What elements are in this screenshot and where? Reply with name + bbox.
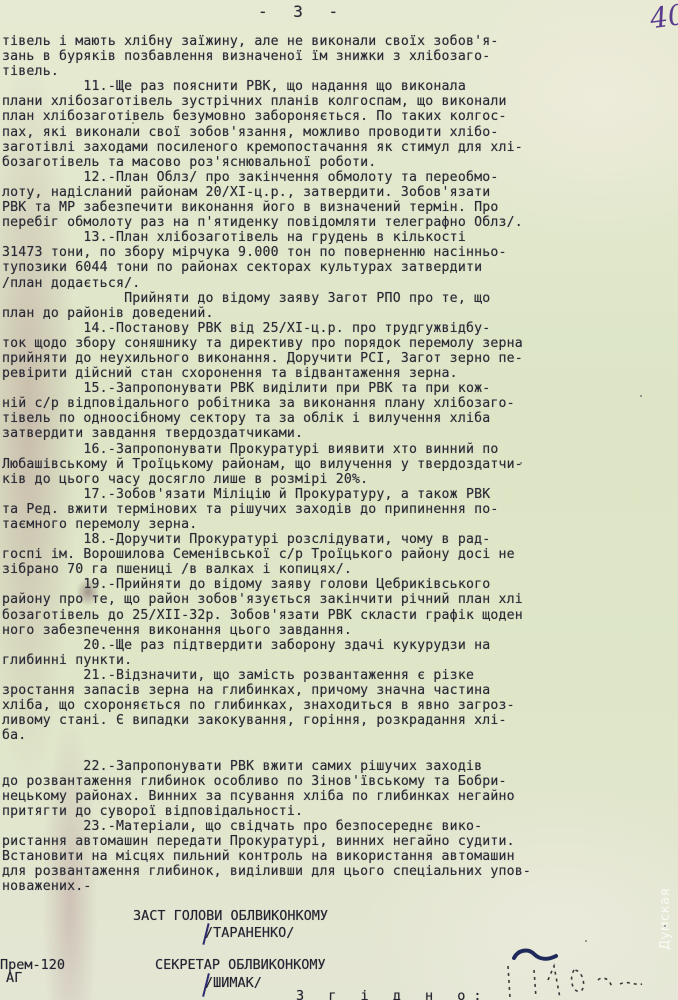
document-line: 18.-Доручити Прокуратурі розслідувати, ч… — [2, 532, 531, 547]
document-line: 14.-Постанову РВК від 25/ХІ-ц.р. про тру… — [2, 321, 531, 336]
document-line: тівель. — [2, 64, 531, 79]
document-line: бозаготівель до 25/ХІІ-32р. Зобов'язати … — [2, 608, 531, 623]
document-line: плани хлібозаготівель зустрічних планів … — [2, 94, 531, 109]
document-line: ток щодо збору соняшнику та директиву пр… — [2, 336, 531, 351]
handwritten-signature-icon — [478, 940, 648, 1000]
document-line: Прийняти до відому заяву Загот РПО про т… — [2, 291, 531, 306]
document-line: 22.-Запропонувати РВК вжити самих рішучи… — [2, 759, 531, 774]
document-line: хліба, що схороняється по глибинках, зна… — [2, 698, 531, 713]
document-line: зань в бурякiв позбавлення визначеної їм… — [2, 49, 531, 64]
document-line: ревірити дійсний стан схоронення та відв… — [2, 366, 531, 381]
document-line: та Ред. вжити термінових та рішучих захо… — [2, 502, 531, 517]
document-line: Любашівському й Троїцькому районам, що в… — [2, 457, 531, 472]
document-line: району про те, що район зобов'язується з… — [2, 592, 531, 607]
document-line: 17.-Зобов'язати Міліцію й Прокуратуру, а… — [2, 487, 531, 502]
document-line: тупозики 6044 тони по районах секторах к… — [2, 260, 531, 275]
document-line: 20.-Ще раз підтвердити заборону здачі ку… — [2, 638, 531, 653]
document-line: ного забезпечення виконання цього завдан… — [2, 623, 531, 638]
document-line: зростання запасів зерна на глибинках, пр… — [2, 683, 531, 698]
document-line: 13.-План хлібозаготівель на грудень в кі… — [2, 230, 531, 245]
signature-name-secretary: /ШИМАК/ — [205, 975, 262, 991]
document-line: 21.-Відзначити, що замість розвантаження… — [2, 668, 531, 683]
document-line: зібрано 70 га пшениці /в валках і копиця… — [2, 562, 531, 577]
signature-name-deputy-head: /ТАРАНЕНКО/ — [205, 925, 294, 941]
document-line: ливому стані. Є випадки закокування, гор… — [2, 713, 531, 728]
page-number: - 3 - — [258, 2, 346, 21]
watermark: Думская — [658, 888, 673, 950]
paper-speck — [132, 122, 134, 124]
document-line: 11.-Ще раз пояснити РВК, що надання що в… — [2, 79, 531, 94]
document-line: 23.-Матеріали, що свідчать про безпосере… — [2, 819, 531, 834]
document-line: ристання автомашин передати Прокуратурі,… — [2, 834, 531, 849]
signature-title-secretary: СЕКРЕТАР ОБЛВИКОНКОМУ — [155, 957, 326, 973]
document-line: /план додається/. — [2, 276, 531, 291]
document-line: заготівлі заходами посиленого кремопоста… — [2, 140, 531, 155]
document-line: для розвантаження глибинок, виділивши дл… — [2, 864, 531, 879]
document-line: Встановити на місцях пильний контроль на… — [2, 849, 531, 864]
document-line: перебіг обмолоту раз на п'ятиденку повід… — [2, 215, 531, 230]
reference-initials: АГ — [6, 970, 22, 986]
document-line: тівель і мають хлібну заїжину, але не ви… — [2, 34, 531, 49]
document-body: тівель і мають хлібну заїжину, але не ви… — [2, 34, 531, 894]
signature-title-deputy-head: ЗАСТ ГОЛОВИ ОБЛВИКОНКОМУ — [133, 908, 328, 924]
document-line: таємного перемолу зерна. — [2, 517, 531, 532]
document-line: РВК та МР забезпечити виконання його в в… — [2, 200, 531, 215]
document-line: притягти до суворої відповідальності. — [2, 804, 531, 819]
document-line: 15.-Запропонувати РВК виділити при РВК т… — [2, 381, 531, 396]
document-line: 12.-План Облз/ про закінчення обмолоту т… — [2, 170, 531, 185]
document-line: бозаготівель та масово роз'яснювальної р… — [2, 155, 531, 170]
paper-speck — [520, 462, 522, 464]
document-line: новажених.- — [2, 879, 531, 894]
document-line: пах, які виконали свої зобов'язання, мож… — [2, 125, 531, 140]
document-line: затвердити завдання твердоздатчиками. — [2, 426, 531, 441]
approved-label: З г і д н о: — [296, 988, 490, 1000]
document-line: план до районів доведений. — [2, 306, 531, 321]
handwritten-folio-number: 40 — [648, 0, 678, 35]
paper-speck — [640, 395, 642, 397]
document-line: тівель по одноосібному сектору та за обл… — [2, 411, 531, 426]
document-line: прийняти до неухильного виконання. Доруч… — [2, 351, 531, 366]
document-line: ній с/р відповідального робітника за вик… — [2, 396, 531, 411]
document-line: до розвантаження глибинок особливо по Зі… — [2, 774, 531, 789]
document-line: 31473 тони, по збору мірчука 9.000 тон п… — [2, 245, 531, 260]
document-line: нецькому районах. Винних за псування хлі… — [2, 789, 531, 804]
document-line: ба. — [2, 728, 531, 743]
document-line: лоту, надісланий районам 20/ХІ-ц.р., зат… — [2, 185, 531, 200]
paper-speck — [664, 925, 666, 927]
document-line: ків до цього часу досягло лише в розмірі… — [2, 472, 531, 487]
document-line: 16.-Запропонувати Прокуратурі виявити хт… — [2, 442, 531, 457]
document-line: глибинні пункти. — [2, 653, 531, 668]
document-line: госпі ім. Ворошилова Семенівської с/р Тр… — [2, 547, 531, 562]
paper-speck — [320, 40, 322, 42]
document-line: план хлібозаготівель безумовно забороняє… — [2, 109, 531, 124]
document-line — [2, 743, 531, 758]
document-line: 19.-Прийняти до відому заяву голови Цебр… — [2, 577, 531, 592]
paper-speck — [585, 940, 587, 942]
